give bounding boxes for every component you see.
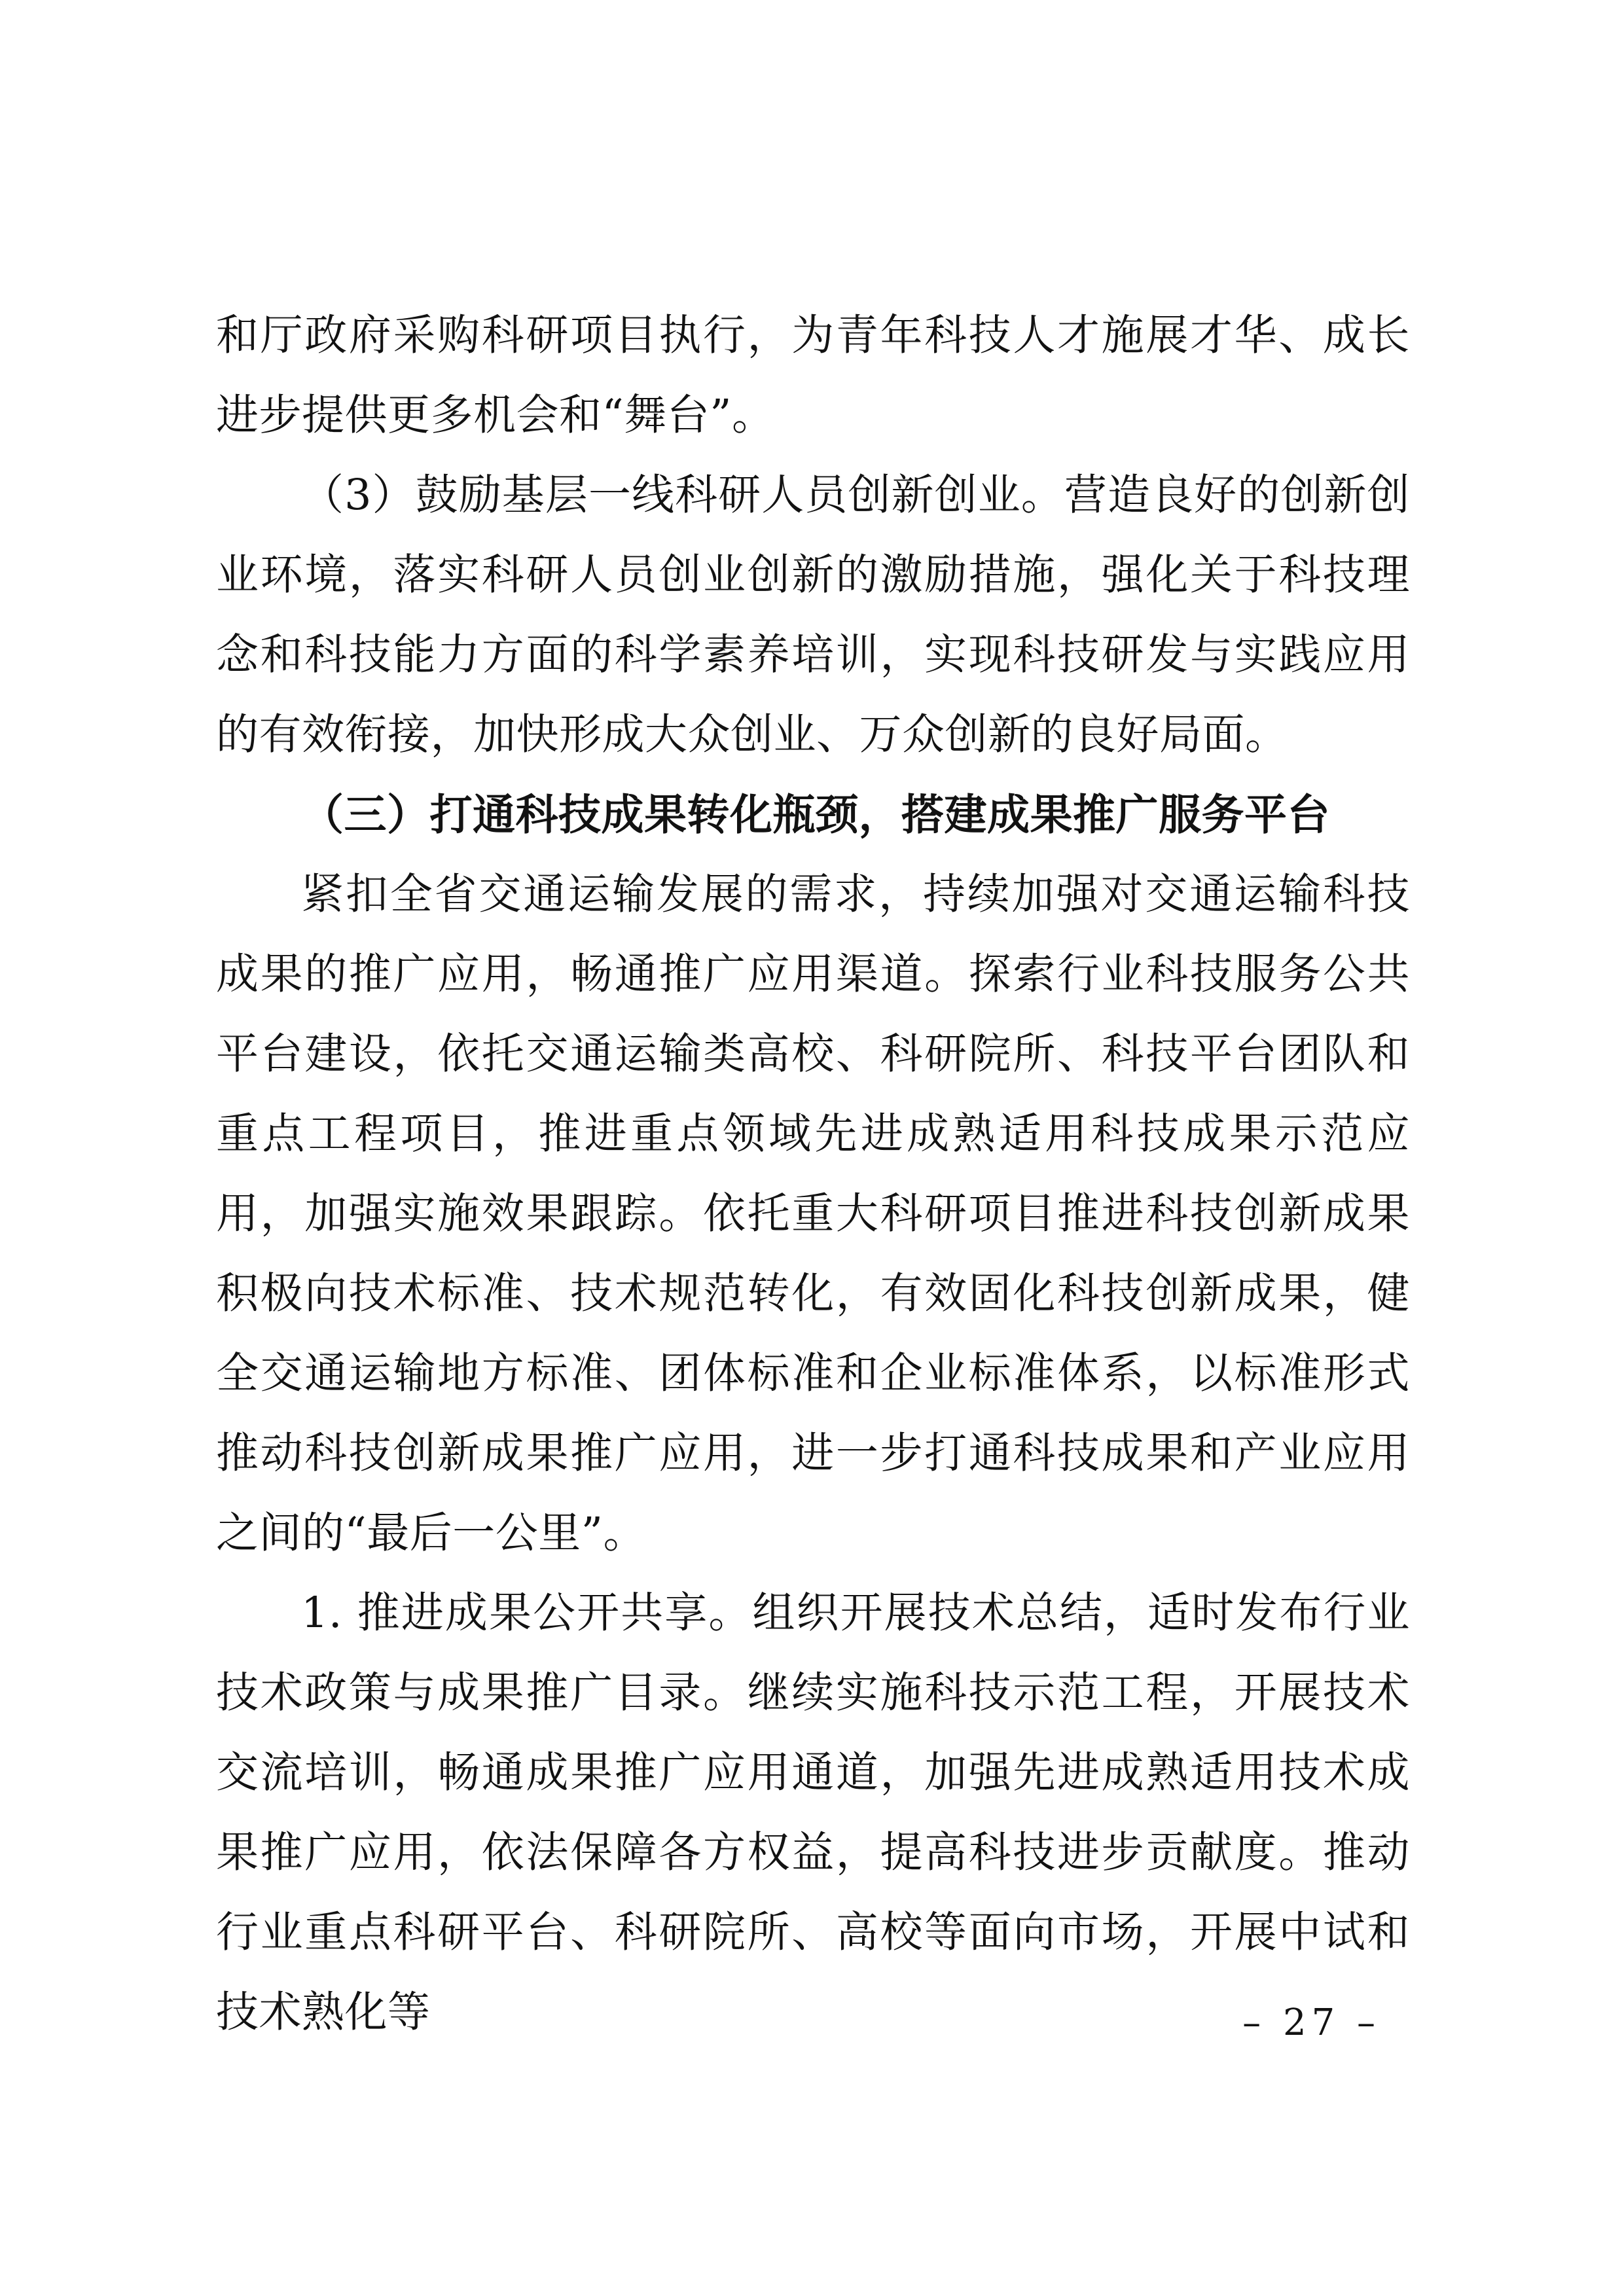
section-heading-3: （三）打通科技成果转化瓶颈，搭建成果推广服务平台 bbox=[216, 775, 1410, 855]
paragraph-numbered-item-1: 1. 推进成果公开共享。组织开展技术总结，适时发布行业技术政策与成果推广目录。继… bbox=[216, 1573, 1410, 2053]
paragraph-body: 紧扣全省交通运输发展的需求，持续加强对交通运输科技成果的推广应用，畅通推广应用渠… bbox=[216, 855, 1410, 1573]
paragraph-numbered-item-3: （3）鼓励基层一线科研人员创新创业。营造良好的创新创业环境，落实科研人员创业创新… bbox=[216, 456, 1410, 775]
document-page: 和厅政府采购科研项目执行，为青年科技人才施展才华、成长进步提供更多机会和“舞台”… bbox=[0, 0, 1624, 2296]
page-body-text: 和厅政府采购科研项目执行，为青年科技人才施展才华、成长进步提供更多机会和“舞台”… bbox=[216, 296, 1410, 2053]
page-number: – 27 – bbox=[1242, 2001, 1380, 2044]
paragraph-continuation: 和厅政府采购科研项目执行，为青年科技人才施展才华、成长进步提供更多机会和“舞台”… bbox=[216, 296, 1410, 456]
